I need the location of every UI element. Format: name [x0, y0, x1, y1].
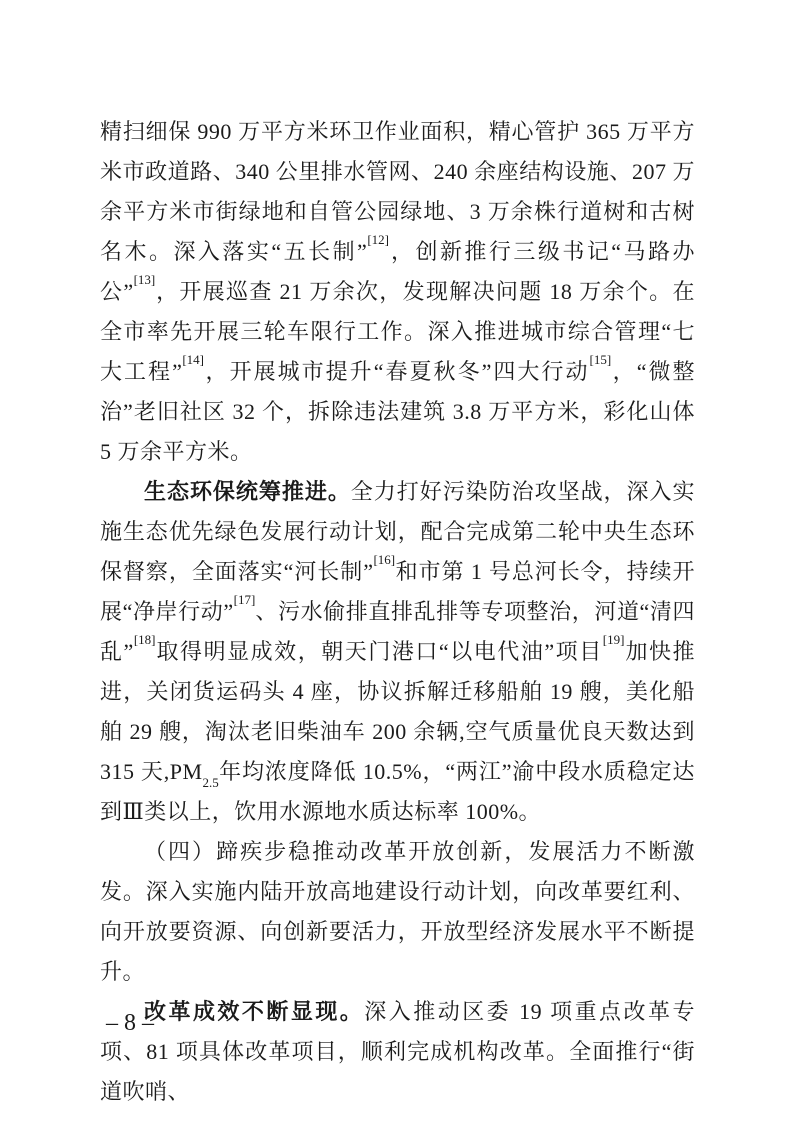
footnote-ref: [17] [234, 592, 256, 607]
subscript-text: 2.5 [203, 775, 219, 790]
document-page: 精扫细保 990 万平方米环卫作业面积，精心管护 365 万平方米市政道路、34… [0, 0, 793, 1122]
text-run: ，开展城市提升“春夏秋冬”四大行动 [204, 359, 589, 384]
page-footer: – 8 – [106, 1005, 154, 1041]
lead-emphasis-text: 生态环保统筹推进。 [144, 479, 351, 504]
footnote-ref: [13] [134, 272, 156, 287]
page-number: – 8 – [106, 1010, 154, 1036]
footnote-ref: [18] [134, 632, 156, 647]
para-city-management: 精扫细保 990 万平方米环卫作业面积，精心管护 365 万平方米市政道路、34… [100, 112, 695, 472]
footnote-ref: [19] [603, 632, 625, 647]
footnote-ref: [14] [182, 352, 204, 367]
para-reform-results: 改革成效不断显现。深入推动区委 19 项重点改革专项、81 项具体改革项目，顺利… [100, 992, 695, 1112]
footnote-ref: [12] [367, 232, 389, 247]
text-run: （四）蹄疾步稳推动改革开放创新，发展活力不断激发。深入实施内陆开放高地建设行动计… [100, 839, 695, 984]
para-section-four-reform-opening: （四）蹄疾步稳推动改革开放创新，发展活力不断激发。深入实施内陆开放高地建设行动计… [100, 832, 695, 992]
footnote-ref: [15] [589, 352, 611, 367]
footnote-ref: [16] [373, 552, 395, 567]
lead-emphasis-text: 改革成效不断显现。 [144, 999, 364, 1024]
text-run: 取得明显成效，朝天门港口“以电代油”项目 [155, 639, 602, 664]
para-ecology: 生态环保统筹推进。全力打好污染防治攻坚战，深入实施生态优先绿色发展行动计划，配合… [100, 472, 695, 832]
document-body: 精扫细保 990 万平方米环卫作业面积，精心管护 365 万平方米市政道路、34… [100, 112, 695, 1112]
